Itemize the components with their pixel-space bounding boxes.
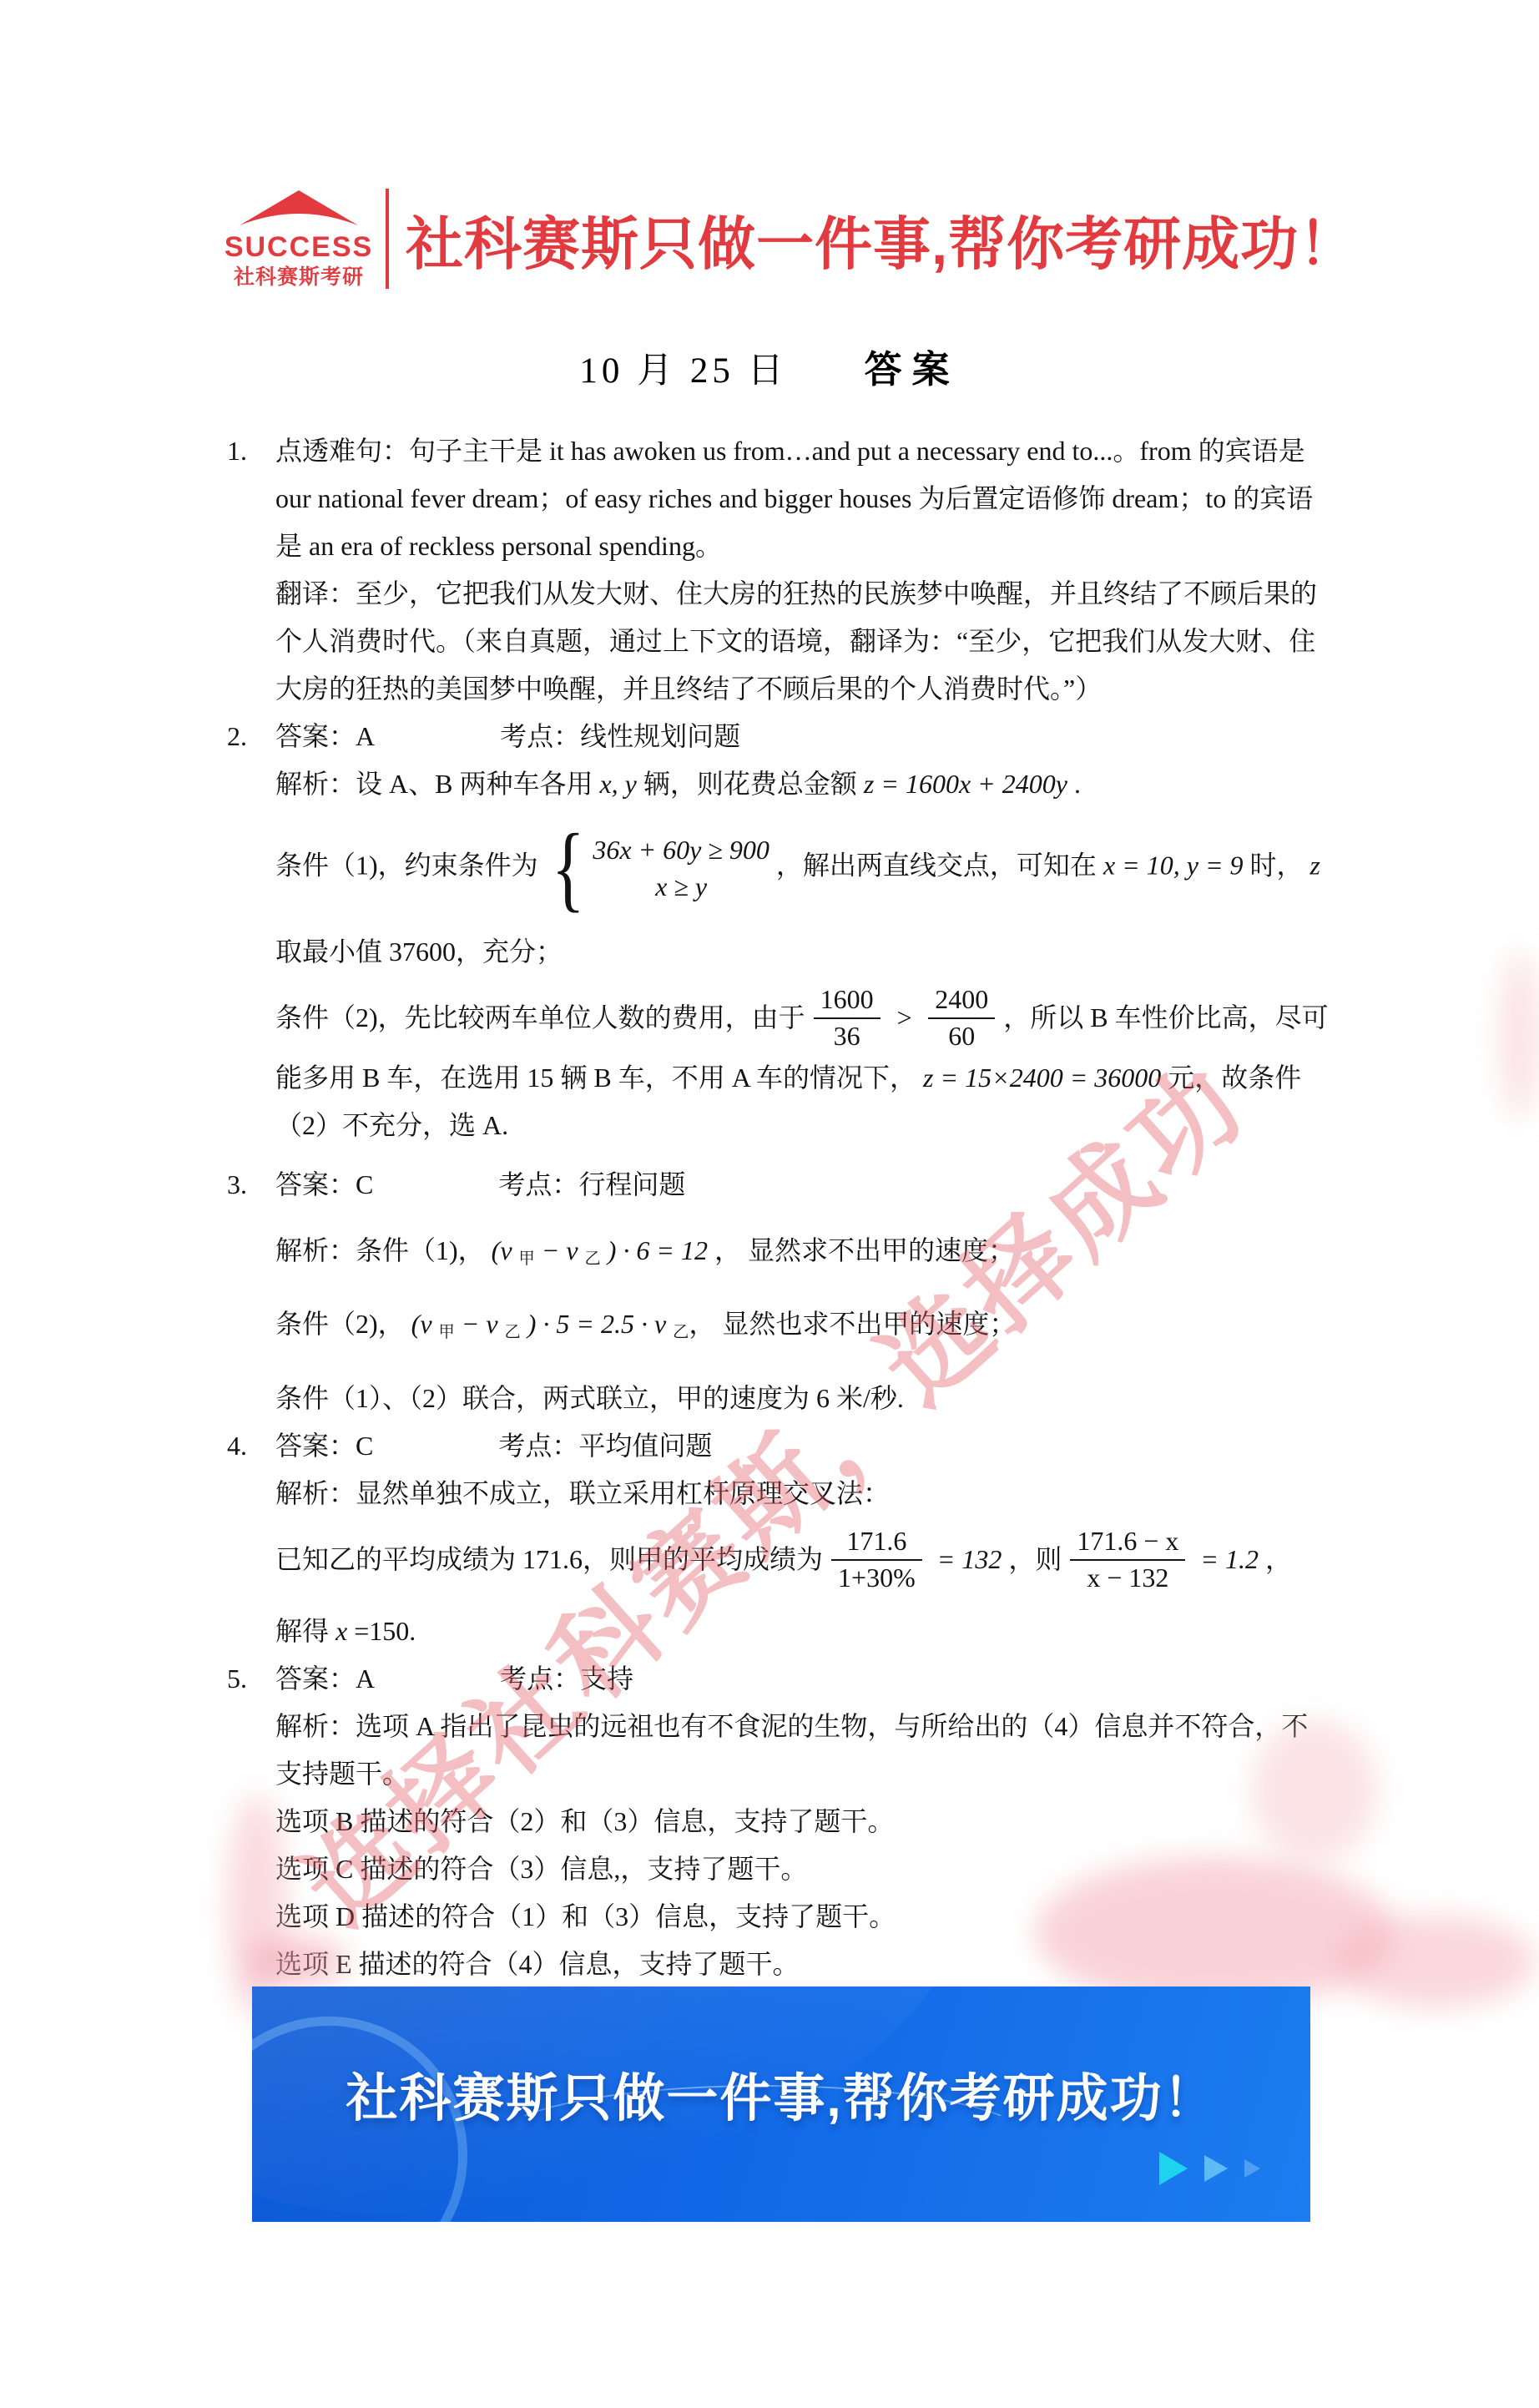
text-run: =150. — [354, 1616, 416, 1646]
fraction: 160036 — [814, 985, 881, 1052]
footer-banner: 社科赛斯只做一件事,帮你考研成功！ — [252, 1986, 1310, 2222]
text-run: 辆，则花费总金额 — [643, 769, 864, 799]
fraction-denominator: 60 — [928, 1017, 995, 1052]
math-fragment: = 132 — [931, 1544, 1009, 1574]
answer-head-line: 答案：A考点：支持 — [275, 1655, 1330, 1703]
math-fragment: (v — [485, 1235, 519, 1265]
math-fragment: x = 10, y = 9 — [1103, 850, 1250, 880]
item-number: 1. — [227, 427, 275, 713]
answer-item: 3.答案：C考点：行程问题解析：条件（1)， (v 甲 − v 乙 ) · 6 … — [227, 1161, 1330, 1423]
text-run: 点透难句：句子主干是 it has awoken us from…and put… — [275, 436, 1313, 561]
math-fragment: = 1.2 — [1193, 1544, 1265, 1574]
paragraph: 条件（2)，先比较两车单位人数的费用，由于160036 > 240060，所以 … — [275, 987, 1330, 1149]
fraction-numerator: 171.6 − x — [1070, 1527, 1185, 1559]
item-content: 答案：C考点：平均值问题解析：显然单独不成立，联立采用杠杆原理交叉法：已知乙的平… — [275, 1422, 1330, 1655]
paragraph: 解析：显然单独不成立，联立采用杠杆原理交叉法： — [275, 1470, 1330, 1517]
math-fragment: − v — [535, 1235, 585, 1265]
answer-head-line: 答案：A考点：线性规划问题 — [275, 713, 1330, 760]
math-subscript: 乙 — [585, 1249, 601, 1267]
item-content: 点透难句：句子主干是 it has awoken us from…and put… — [275, 427, 1330, 713]
math-fragment: z — [1310, 850, 1320, 880]
brace-glyph: { — [551, 820, 584, 916]
answer-label: 答案：C — [275, 1169, 373, 1199]
math-fragment: > — [889, 1002, 921, 1032]
text-run: 条件（2)， — [275, 1309, 405, 1339]
title-label: 答案 — [865, 339, 960, 393]
paragraph: 解得 x =150. — [275, 1608, 1330, 1655]
fraction-denominator: 36 — [814, 1017, 881, 1052]
fraction: 240060 — [928, 985, 995, 1052]
text-run: 选项 D 描述的符合（1）和（3）信息，支持了题干。 — [275, 1901, 896, 1931]
fraction: 171.61+30% — [831, 1527, 922, 1593]
text-run: 翻译：至少，它把我们从发大财、住大房的狂热的民族梦中唤醒，并且终结了不顾后果的个… — [275, 578, 1317, 704]
header: SUCCESS 社科赛斯考研 社科赛斯只做一件事,帮你考研成功！ — [225, 189, 1357, 289]
text-run: 选项 E 描述的符合（4）信息，支持了题干。 — [275, 1949, 800, 1979]
item-number: 2. — [227, 713, 275, 1161]
text-run: 选项 B 描述的符合（2）和（3）信息，支持了题干。 — [275, 1806, 894, 1836]
answer-head-line: 答案：C考点：行程问题 — [275, 1161, 1330, 1209]
math-subscript: 甲 — [519, 1249, 535, 1267]
text-run: 解析：设 A、B 两种车各用 — [275, 769, 599, 799]
answers-list: 1.点透难句：句子主干是 it has awoken us from…and p… — [227, 427, 1330, 1988]
math-fragment: x, y — [599, 769, 643, 799]
brand-name: SUCCESS — [225, 233, 373, 263]
document-page: SUCCESS 社科赛斯考研 社科赛斯只做一件事,帮你考研成功！ 10 月 25… — [0, 0, 1539, 2408]
paragraph: 取最小值 37600，充分； — [275, 928, 1330, 976]
answer-item: 2.答案：A考点：线性规划问题解析：设 A、B 两种车各用 x, y 辆，则花费… — [227, 713, 1330, 1161]
pink-smudge — [1335, 1916, 1536, 2007]
header-slogan: 社科赛斯只做一件事,帮你考研成功！ — [406, 198, 1357, 280]
answer-item: 5.答案：A考点：支持解析：选项 A 指出了昆虫的远祖也有不食泥的生物，与所给出… — [227, 1655, 1330, 1988]
header-divider — [386, 189, 389, 289]
text-run: 已知乙的平均成绩为 171.6，则甲的平均成绩为 — [275, 1544, 823, 1574]
text-run: 选项 C 描述的符合（3）信息,，支持了题干。 — [275, 1854, 807, 1884]
answer-label: 答案：A — [275, 721, 375, 751]
item-number: 3. — [227, 1161, 275, 1423]
text-run: 条件（1）、（2）联合，两式联立，甲的速度为 6 米/秒. — [275, 1383, 904, 1413]
paragraph: 选项 B 描述的符合（2）和（3）信息，支持了题干。 — [275, 1798, 1330, 1845]
math-subscript: 乙 — [505, 1324, 521, 1341]
math-fragment: ) · 6 = 12 — [601, 1235, 714, 1265]
equation-line: 36x + 60y ≥ 900 — [593, 834, 769, 866]
text-run: 条件（1)，约束条件为 — [275, 850, 538, 880]
page-title: 10 月 25 日 答案 — [0, 339, 1539, 393]
text-run: 取最小值 37600，充分； — [275, 936, 563, 967]
item-number: 4. — [227, 1422, 275, 1655]
answer-item: 1.点透难句：句子主干是 it has awoken us from…and p… — [227, 427, 1330, 713]
paragraph: 选项 C 描述的符合（3）信息,，支持了题干。 — [275, 1845, 1330, 1893]
paragraph: 解析：条件（1)， (v 甲 − v 乙 ) · 6 = 12 ， 显然求不出甲… — [275, 1227, 1330, 1283]
paragraph: 选项 D 描述的符合（1）和（3）信息，支持了题干。 — [275, 1893, 1330, 1941]
equation-system: {36x + 60y ≥ 900x ≥ y — [545, 820, 769, 916]
text-run: ， — [1265, 1544, 1292, 1574]
paragraph: 解析：设 A、B 两种车各用 x, y 辆，则花费总金额 z = 1600x +… — [275, 760, 1330, 808]
title-date: 10 月 25 日 — [579, 342, 787, 393]
play-arrow-icon — [1159, 2152, 1188, 2185]
answer-item: 4.答案：C考点：平均值问题解析：显然单独不成立，联立采用杠杆原理交叉法：已知乙… — [227, 1422, 1330, 1655]
equation-system-lines: 36x + 60y ≥ 900x ≥ y — [593, 834, 769, 903]
item-content: 答案：A考点：支持解析：选项 A 指出了昆虫的远祖也有不食泥的生物，与所给出的（… — [275, 1655, 1330, 1988]
math-fragment: z = 15×2400 = 36000 — [923, 1063, 1168, 1093]
play-arrow-icon — [1204, 2155, 1228, 2182]
text-run: ，解出两直线交点，可知在 — [776, 850, 1103, 880]
topic-label: 考点：支持 — [500, 1663, 633, 1694]
item-content: 答案：C考点：行程问题解析：条件（1)， (v 甲 − v 乙 ) · 6 = … — [275, 1161, 1330, 1423]
answer-head-line: 答案：C考点：平均值问题 — [275, 1422, 1330, 1470]
fraction-denominator: x − 132 — [1070, 1559, 1185, 1593]
banner-slogan: 社科赛斯只做一件事,帮你考研成功！ — [252, 2057, 1310, 2131]
paragraph: 翻译：至少，它把我们从发大财、住大房的狂热的民族梦中唤醒，并且终结了不顾后果的个… — [275, 570, 1330, 713]
text-run: ，则 — [1008, 1544, 1062, 1574]
paragraph: 条件（1)，约束条件为{36x + 60y ≥ 900x ≥ y，解出两直线交点… — [275, 820, 1330, 916]
answer-label: 答案：A — [275, 1663, 375, 1694]
fraction-numerator: 2400 — [928, 985, 995, 1017]
fraction: 171.6 − xx − 132 — [1070, 1527, 1185, 1593]
text-run: 条件（2)，先比较两车单位人数的费用，由于 — [275, 1002, 805, 1032]
paragraph: 条件（2)， (v 甲 − v 乙 ) · 5 = 2.5 · v 乙， 显然也… — [275, 1300, 1330, 1356]
answer-label: 答案：C — [275, 1431, 373, 1461]
play-arrow-icon — [1244, 2159, 1260, 2178]
fraction-numerator: 1600 — [814, 985, 881, 1017]
pink-smudge — [1501, 952, 1539, 1118]
text-run: . — [1074, 769, 1081, 799]
paragraph: 点透难句：句子主干是 it has awoken us from…and put… — [275, 427, 1330, 570]
math-subscript: 甲 — [439, 1324, 455, 1341]
topic-label: 考点：平均值问题 — [498, 1431, 712, 1461]
fraction-numerator: 171.6 — [831, 1527, 922, 1559]
topic-label: 考点：线性规划问题 — [500, 721, 740, 751]
paragraph: 选项 E 描述的符合（4）信息，支持了题干。 — [275, 1941, 1330, 1988]
paragraph: 条件（1）、（2）联合，两式联立，甲的速度为 6 米/秒. — [275, 1375, 1330, 1422]
fraction-denominator: 1+30% — [831, 1559, 922, 1593]
equation-line: x ≥ y — [593, 871, 769, 902]
topic-label: 考点：行程问题 — [498, 1169, 685, 1199]
math-fragment: x — [336, 1616, 354, 1646]
math-fragment: (v — [405, 1309, 439, 1339]
paragraph: 解析：选项 A 指出了昆虫的远祖也有不食泥的生物，与所给出的（4）信息并不符合，… — [275, 1703, 1330, 1798]
text-run: 解析：显然单独不成立，联立采用杠杆原理交叉法： — [275, 1478, 890, 1508]
text-run: ， 显然也求不出甲的速度； — [689, 1309, 1016, 1339]
item-number: 5. — [227, 1655, 275, 1988]
text-run: 解得 — [275, 1616, 336, 1646]
roof-icon — [236, 189, 361, 231]
text-run: 时， — [1250, 850, 1310, 880]
brand-subtitle: 社科赛斯考研 — [234, 266, 364, 290]
play-arrows — [1159, 2152, 1260, 2185]
logo: SUCCESS 社科赛斯考研 — [225, 189, 372, 289]
math-fragment: − v — [455, 1309, 505, 1339]
text-run: 解析：条件（1)， — [275, 1235, 485, 1265]
math-fragment: ) · 5 = 2.5 · v — [521, 1309, 673, 1339]
text-run: 解析：选项 A 指出了昆虫的远祖也有不食泥的生物，与所给出的（4）信息并不符合，… — [275, 1711, 1308, 1789]
math-fragment: z = 1600x + 2400y — [864, 769, 1074, 799]
paragraph: 已知乙的平均成绩为 171.6，则甲的平均成绩为171.61+30% = 132… — [275, 1529, 1330, 1596]
math-subscript: 乙 — [673, 1324, 689, 1341]
text-run: ， 显然求不出甲的速度； — [714, 1235, 1015, 1265]
item-content: 答案：A考点：线性规划问题解析：设 A、B 两种车各用 x, y 辆，则花费总金… — [275, 713, 1330, 1161]
